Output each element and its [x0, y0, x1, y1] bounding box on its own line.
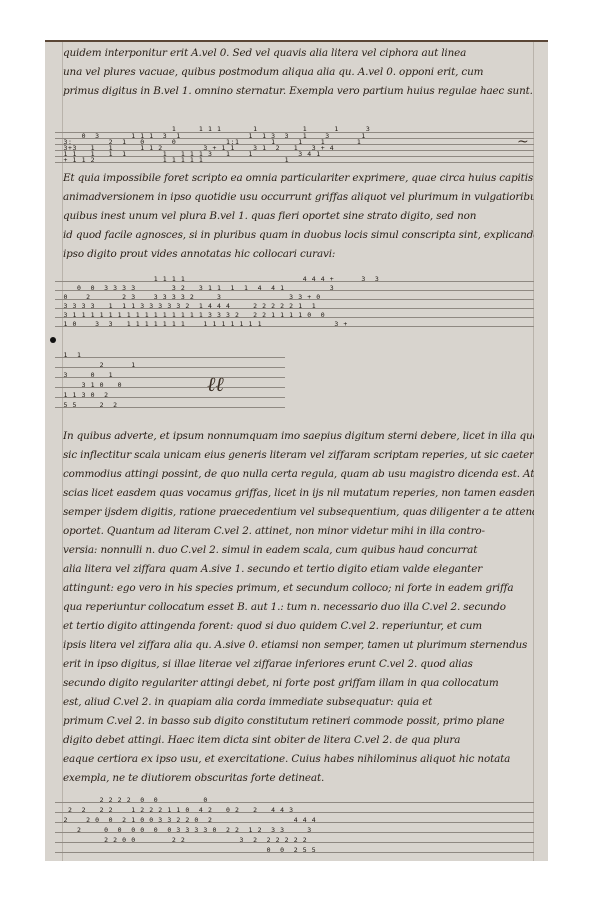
text-line: In quibus adverte, et ipsum nonnumquam i… [63, 431, 534, 441]
tab-row: 2 2 2 2 1 2 2 2 1 1 0 4 2 0 2 2 4 4 3 [59, 807, 534, 814]
text-line: oportet. Quantum ad literam C.vel 2. att… [63, 526, 534, 536]
tab-row: 1 1 1 1 4 4 4 + 3 3 [59, 276, 534, 283]
tablature-example-1: 1 1 1 1 1 1 1 3 0 3 1 1 1 3 1 1 1 3 3 1 … [55, 124, 534, 169]
text-line: ipsis litera vel ziffara alia qu. A.sive… [63, 640, 534, 650]
text-line: erit in ipso digitus, si illae literae v… [63, 659, 534, 669]
tab-row: 3 0 1 [59, 372, 285, 379]
text-line: est, aliud C.vel 2. in quapiam alia cord… [63, 697, 534, 707]
tab-row: 3 1 0 0 [59, 382, 285, 389]
text-line: Et quia impossibile foret scripto ea omn… [63, 173, 534, 183]
text-line: exempla, ne te diutiorem obscuritas fort… [63, 773, 534, 783]
text-line: primum C.vel 2. in basso sub digito cons… [63, 716, 534, 726]
tab-row: 0 2 2 3 3 3 3 3 2 3 3 3 + 0 [59, 294, 534, 301]
tab-row: 2 2 0 0 2 1 0 0 3 3 2 2 0 2 4 4 4 [59, 817, 534, 824]
text-line: una vel plures vacuae, quibus postmodum … [63, 67, 534, 77]
tablature-example-2: 1 1 1 1 4 4 4 + 3 3 0 0 3 3 3 3 3 2 3 1 … [55, 272, 534, 332]
text-line: qua reperiuntur collocatum esset B. aut … [63, 602, 534, 612]
tablature-example-4: 2 2 2 2 0 0 0 2 2 2 2 1 2 2 2 1 1 0 4 2 … [55, 790, 534, 860]
text-line: id quod facile agnosces, si in pluribus … [63, 230, 534, 240]
text-line: secundo digito regulariter attingi debet… [63, 678, 534, 688]
text-line: primus digitus in B.vel 1. omnino sterna… [63, 86, 534, 96]
tab-row: 5 5 2 2 [59, 402, 285, 409]
text-line: quidem interponitur erit A.vel 0. Sed ve… [63, 48, 534, 58]
tab-row: 3 3 3 3 1 1 1 3 3 3 3 3 2 1 4 4 4 2 2 2 … [59, 303, 534, 310]
tab-row: 2 0 0 0 0 0 0 3 3 3 3 0 2 2 1 2 3 3 3 [59, 827, 534, 834]
text-line: semper ijsdem digitis, ratione praeceden… [63, 507, 534, 517]
text-line: quibus inest unum vel plura B.vel 1. qua… [63, 211, 534, 221]
text-line: commodius attingi possint, de quo nulla … [63, 469, 534, 479]
tab-row: 3 1 1 1 1 1 1 1 1 1 1 1 1 1 1 1 3 3 3 2 … [59, 312, 534, 319]
tablature-example-3: 1 1 2 1 3 0 1 3 1 0 0 1 1 3 0 2 5 5 2 2 … [55, 348, 285, 418]
flourish-mark: ~ [517, 134, 529, 150]
text-line: scias licet easdem quas vocamus griffas,… [63, 488, 534, 498]
tab-row: 2 2 0 0 2 2 3 2 2 2 2 2 2 [59, 837, 534, 844]
tab-row: 1 1 3 0 2 [59, 392, 285, 399]
tab-row: + 1 1 2 1 1 1 1 1 1 [59, 157, 534, 164]
tab-row: 2 1 [59, 362, 285, 369]
tab-row: 1 0 3 3 1 1 1 1 1 1 1 1 1 1 1 1 1 1 3 + [59, 321, 534, 328]
manuscript-page: quidem interponitur erit A.vel 0. Sed ve… [45, 40, 548, 861]
text-line: animadversionem in ipso quotidie usu occ… [63, 192, 534, 202]
text-line: ipso digito prout vides annotatas hic co… [63, 249, 534, 259]
text-line: versia: nonnulli n. duo C.vel 2. simul i… [63, 545, 534, 555]
text-line: sic inflectitur scala unicam eius generi… [63, 450, 534, 460]
tab-row: 0 0 2 5 5 [59, 847, 534, 854]
tab-row: 0 0 3 3 3 3 3 2 3 1 1 1 1 4 4 1 3 [59, 285, 534, 292]
text-line: et tertio digito attingenda forent: quod… [63, 621, 534, 631]
flourish-mark: ℓℓ [207, 372, 224, 397]
tab-row: 2 2 2 2 0 0 0 [59, 797, 534, 804]
margin-dot [50, 337, 56, 343]
text-line: attingunt: ego vero in his species primu… [63, 583, 534, 593]
text-line: eaque certiora ex ipso usu, et exercitat… [63, 754, 534, 764]
text-line: alia litera vel ziffara quam A.sive 1. s… [63, 564, 534, 574]
tab-row: 1 1 [59, 352, 285, 359]
text-line: digito debet attingi. Haec item dicta si… [63, 735, 534, 745]
